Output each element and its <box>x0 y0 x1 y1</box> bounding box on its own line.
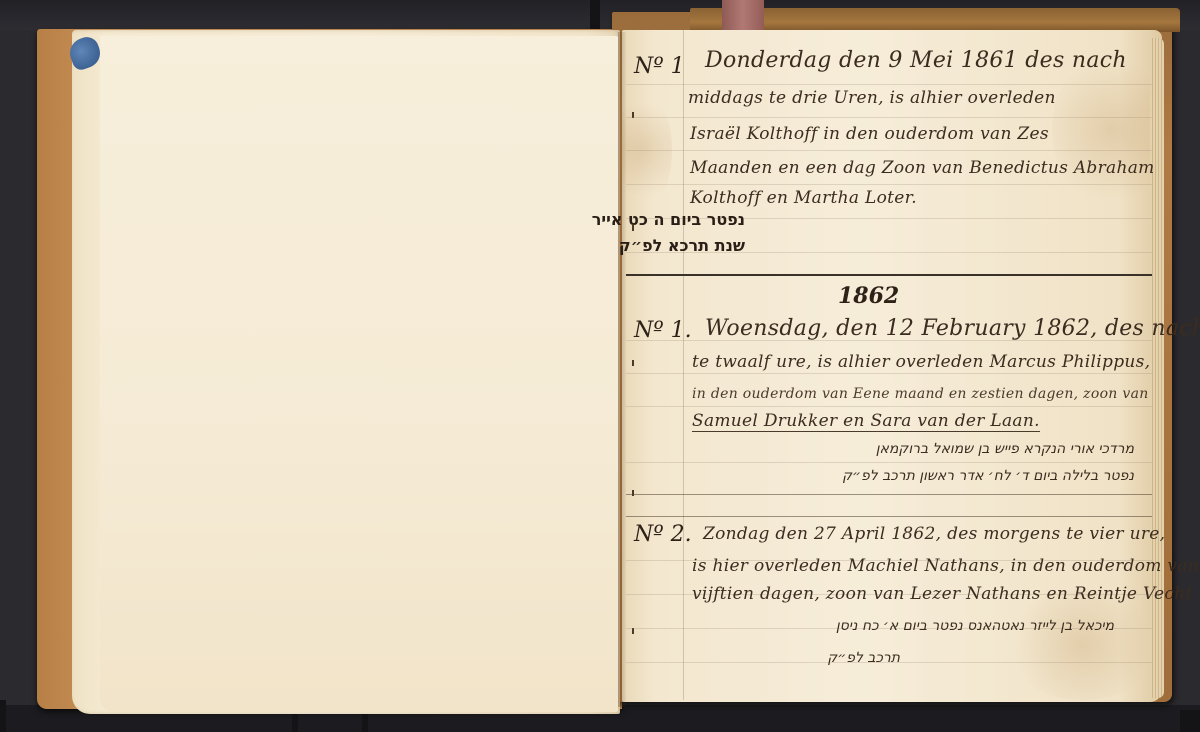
hebrew-line: תרכב לפ״ק <box>827 650 900 666</box>
entry-line: Maanden en een dag Zoon van Benedictus A… <box>690 158 1155 178</box>
entry-line: te twaalf ure, is alhier overleden Marcu… <box>692 352 1150 372</box>
ruled-line <box>626 184 1152 185</box>
water-stain <box>1052 50 1162 210</box>
hebrew-line: מיכאל בן לייזר נאטהאנס נפטר ביום א׳ כח נ… <box>836 618 1114 634</box>
entry-line: Zondag den 27 April 1862, des morgens te… <box>703 524 1165 544</box>
entry-line: middags te drie Uren, is alhier overlede… <box>688 88 1056 108</box>
hebrew-line: מרדכי אורי הנקרא פייש בן שמואל ברוקמאן <box>876 441 1134 457</box>
entry-line: is hier overleden Machiel Nathans, in de… <box>692 556 1199 576</box>
ruled-line <box>626 117 1152 118</box>
entry-number: Nº 1 <box>634 54 685 79</box>
bookmark-ribbon <box>722 0 764 34</box>
hebrew-line: נפטר ביום ה כט אייר <box>592 210 745 229</box>
binding-stitch <box>632 490 634 496</box>
entry-line: Kolthoff en Martha Loter. <box>690 188 917 208</box>
entry-line: vijftien dagen, zoon van Lezer Nathans e… <box>692 584 1193 604</box>
stand-bar <box>1180 710 1200 732</box>
entry-line: Woensdag, den 12 February 1862, des nach… <box>705 316 1200 341</box>
binding-stitch <box>632 360 634 366</box>
entry-divider <box>626 274 1152 276</box>
entry-line: Israël Kolthoff in den ouderdom van Zes <box>690 124 1049 144</box>
water-stain <box>1002 590 1162 700</box>
entry-line: Samuel Drukker en Sara van der Laan. <box>692 411 1040 432</box>
entry-divider <box>626 516 1152 517</box>
entry-number: Nº 1. <box>634 318 692 343</box>
entry-number: Nº 2. <box>634 522 692 547</box>
entry-divider <box>626 494 1152 495</box>
ruled-line <box>626 406 1152 407</box>
ruled-line <box>626 373 1152 374</box>
margin-line <box>683 30 684 700</box>
ruled-line <box>626 150 1152 151</box>
entry-line: in den ouderdom van Eene maand en zestie… <box>692 386 1149 402</box>
ruled-line <box>626 462 1152 463</box>
stand-bar <box>590 0 600 30</box>
left-page <box>100 36 618 712</box>
book-gutter <box>618 32 626 707</box>
stand-bar <box>0 700 6 732</box>
hebrew-line: נפטר בלילה ביום ד׳ לח׳ אדר ראשון תרכב לפ… <box>842 468 1134 484</box>
entry-line: Donderdag den 9 Mei 1861 des nach <box>705 48 1127 73</box>
ruled-line <box>626 84 1152 85</box>
hebrew-line: שנת תרכא לפ״ק <box>619 236 745 255</box>
year-heading: 1862 <box>838 283 899 309</box>
